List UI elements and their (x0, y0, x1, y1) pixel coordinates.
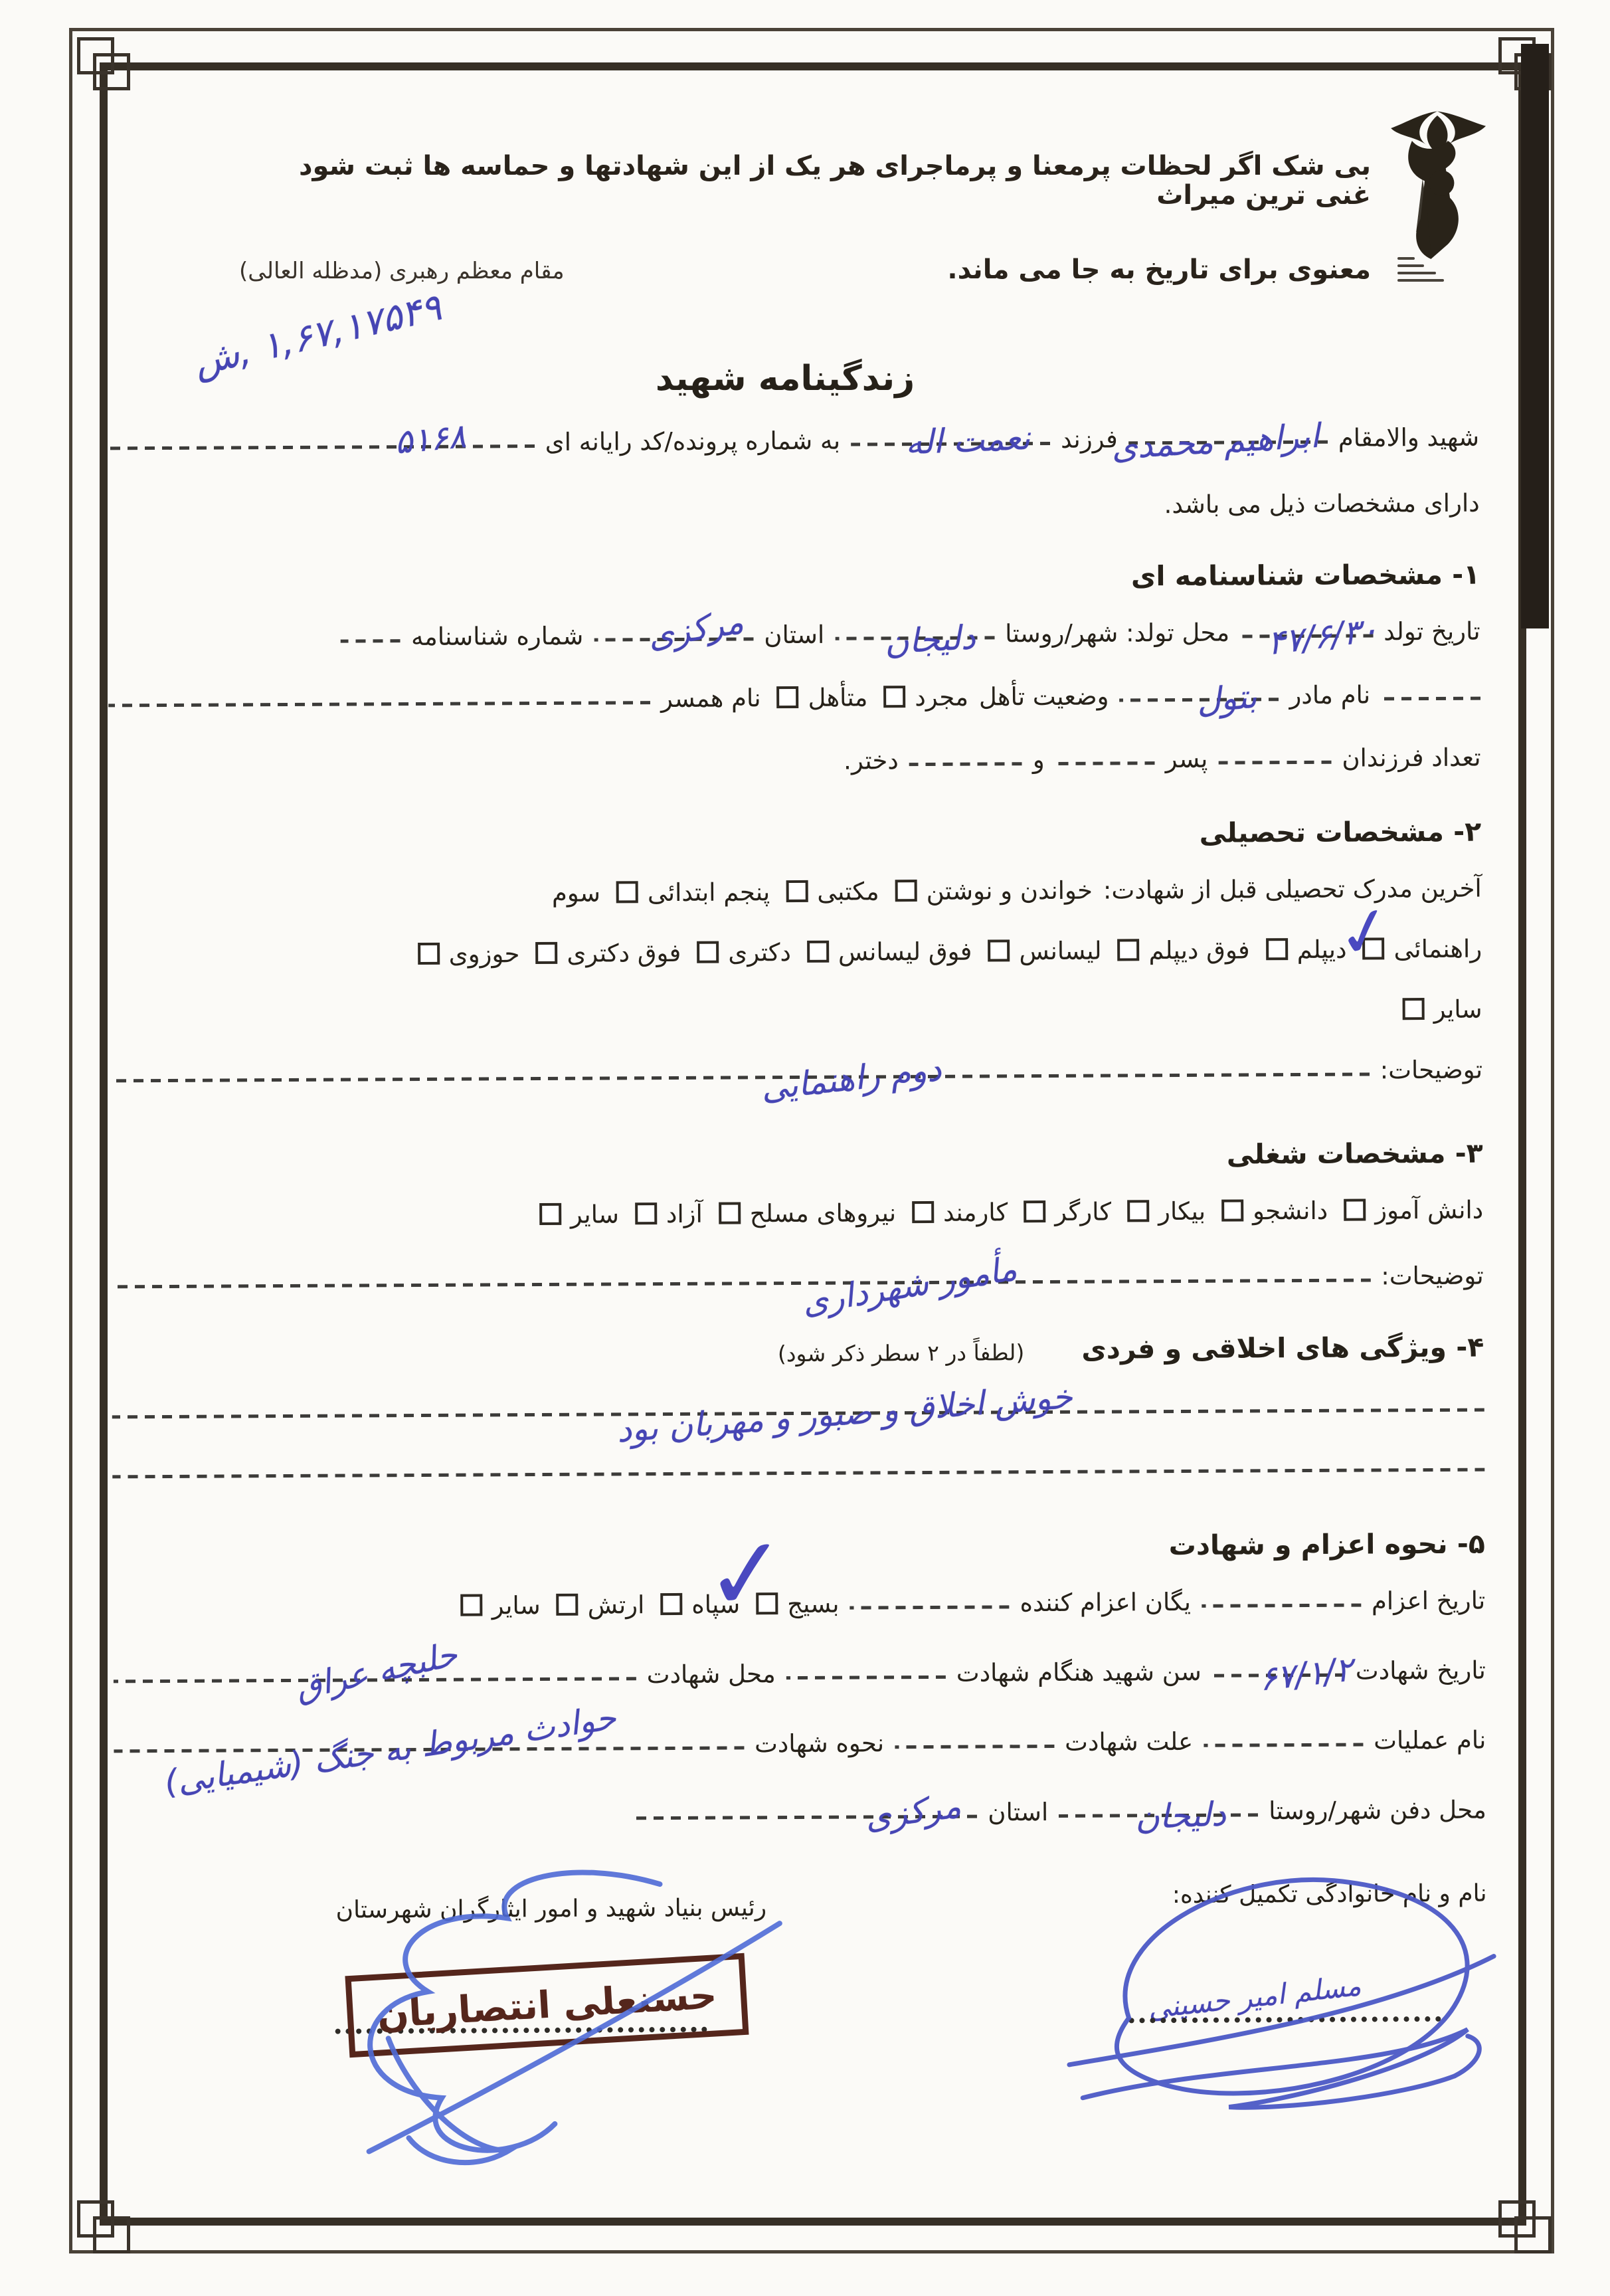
notes-label: توضیحات: (1381, 1262, 1484, 1291)
edu-option: لیسانس (982, 937, 1101, 966)
marital-option-married: متأهل (771, 683, 867, 712)
daughter-label: دختر. (844, 746, 899, 775)
check-mark: ✓ (701, 1527, 791, 1623)
blank-dashes (850, 1605, 1010, 1609)
edu-notes-handwriting: دوم راهنمایی (759, 1050, 942, 1108)
checkbox (1221, 1199, 1243, 1221)
option-label: سایر (492, 1591, 541, 1620)
martyr-date-handwriting: ۶۷/۱/۲ (1257, 1650, 1355, 1698)
checkbox (535, 942, 557, 964)
blank-dashes (895, 1745, 1054, 1749)
burial-province-label: استان (988, 1798, 1048, 1826)
option-label: نیروهای مسلح (750, 1198, 896, 1228)
blank-dashes (110, 1072, 1370, 1082)
checkbox (895, 880, 917, 902)
option-label: سایر (1434, 995, 1482, 1024)
education-intro-label: آخرین مدرک تحصیلی قبل از شهادت: (1103, 874, 1482, 905)
force-option-artesh: ارتش (551, 1590, 645, 1620)
dispatch-date-label: تاریخ اعزام (1372, 1586, 1486, 1616)
edu-option: حوزوی (412, 939, 520, 969)
martyr-date-field: ۶۷/۱/۲ (1212, 1666, 1345, 1686)
blank-dashes (634, 1816, 767, 1820)
checkbox (616, 881, 638, 903)
intro-row-2: دارای مشخصات ذیل می باشد. (108, 489, 1480, 525)
option-label: مکتبی (817, 877, 879, 906)
blank-dashes (107, 444, 535, 450)
sec5-operation-row: نام عملیات علت شهادت نحوه شهادت حوادث مر… (114, 1726, 1486, 1762)
edu-option-rahnamaei: راهنمائی ✓ (1357, 935, 1482, 964)
edu-option-continued: سوم (552, 879, 600, 908)
section1-heading: ۱- مشخصات شناسنامه ای (1131, 559, 1480, 593)
checkbox (786, 880, 808, 902)
signature-area: نام و نام خانوادگی تکمیل کننده: مسلم امی… (115, 1880, 1488, 2200)
checkbox (1127, 1200, 1149, 1222)
edu-notes-field: دوم راهنمایی (110, 1064, 1370, 1091)
blank-dashes (1381, 697, 1480, 701)
mother-name-label: نام مادر (1289, 680, 1370, 710)
sec2-options-row1: آخرین مدرک تحصیلی قبل از شهادت: خواندن و… (110, 874, 1482, 910)
section3-heading: ۳- مشخصات شغلی (1227, 1137, 1483, 1171)
option-label: متأهل (808, 683, 867, 712)
file-code-field: ۵۱۶۸ (107, 436, 535, 458)
birth-date-handwriting: ۴۷/۶/۳۰ (1266, 610, 1379, 662)
marital-option-single: مجرد (878, 683, 968, 712)
checkbox (1403, 998, 1425, 1020)
checkbox (539, 1203, 561, 1225)
father-name-handwriting: نعمت اله (905, 419, 1031, 462)
sec1-row-mother: نام مادر بتول وضعیت تأهل مجرد متأهل نام … (108, 680, 1480, 716)
completer-label: نام و نام خانوادگی تکمیل کننده: (835, 1880, 1487, 1911)
option-label: فوق لیسانس (838, 937, 972, 967)
file-code-handwriting: ۵۱۶۸ (393, 417, 468, 462)
sec5-dispatch-row: تاریخ اعزام یگان اعزام کننده بسیج ✓ سپاه… (113, 1586, 1485, 1622)
form-body: شهید والامقام ابراهیم محمدی فرزند نعمت ا… (107, 423, 1488, 2200)
operation-name-label: نام عملیات (1374, 1726, 1486, 1755)
martyr-place-handwriting: حلبچه عراق (292, 1635, 460, 1707)
birth-city-field: دلیجان (835, 628, 994, 648)
job-notes-field: مأمور شهرداری (112, 1270, 1371, 1297)
edu-option: دیپلم (1261, 935, 1347, 965)
option-label: آزاد (666, 1200, 703, 1228)
martyr-date-label: تاریخ شهادت (1356, 1656, 1486, 1685)
martyr-manner-field: حوادث مربوط به جنگ (شیمیایی) (114, 1738, 744, 1761)
sec5-burial-row: محل دفن شهر/روستا دلیجان استان مرکزی (114, 1796, 1486, 1832)
edu-option: فوق لیسانس (802, 937, 972, 967)
martyr-place-label: محل شهادت (647, 1660, 776, 1689)
edu-option: پنجم ابتدائی (611, 878, 770, 907)
martyr-age-label: سن شهید هنگام شهادت (956, 1658, 1202, 1687)
intro-prefix: شهید والامقام (1338, 423, 1480, 452)
option-label: دکتری (728, 938, 791, 967)
quote-line-2: معنوی برای تاریخ به جا می ماند. (947, 255, 1371, 284)
bonyad-shahid-emblem-icon (1384, 105, 1490, 284)
option-label: حوزوی (449, 939, 520, 969)
sec2-options-row2: راهنمائی ✓ دیپلم فوق دیپلم لیسانس فوق لی… (110, 935, 1482, 971)
blank-dashes (112, 1278, 1371, 1288)
sec4-line1: خوش اخلاق و صبور و مهربان بود (112, 1400, 1484, 1428)
option-label: سایر (571, 1200, 619, 1228)
birth-place-label: محل تولد: شهر/روستا (1005, 619, 1229, 648)
traits-handwriting: خوش اخلاق و صبور و مهربان بود (615, 1377, 1073, 1450)
father-name-field: نعمت اله (851, 434, 1050, 455)
id-number-label: شماره شناسنامه (411, 622, 583, 651)
quote-line-1: بی شک اگر لحظات پرمعنا و پرماجرای هر یک … (239, 151, 1371, 210)
option-label: ارتش (588, 1590, 645, 1619)
section4-heading: ۴- ویژگی های اخلاقی و فردی (1081, 1331, 1484, 1365)
checkbox (1024, 1200, 1045, 1222)
intro-suffix: دارای مشخصات ذیل می باشد. (1164, 489, 1480, 519)
blank-dashes (909, 762, 1022, 766)
file-code-label: به شماره پرونده/کد رایانه ای (545, 427, 841, 456)
option-label: فوق دیپلم (1148, 935, 1249, 965)
blank-dashes (1202, 1604, 1361, 1608)
checkbox (557, 1594, 579, 1616)
scan-shadow-strip (1521, 44, 1549, 628)
option-label: بسیج (787, 1590, 840, 1618)
checkbox (1344, 1199, 1366, 1221)
job-option: دانش آموز (1338, 1196, 1483, 1225)
blank-dashes (108, 701, 650, 707)
blank-dashes (1218, 761, 1331, 765)
job-option: کارگر (1018, 1198, 1111, 1227)
section4-hint: (لطفاً در ۲ سطر ذکر شود) (778, 1339, 1025, 1367)
burial-province-handwriting: مرکزی (863, 1786, 963, 1837)
son-label: پسر (1166, 745, 1208, 773)
burial-city-field: دلیجان (1059, 1805, 1258, 1826)
sec3-options-row: دانش آموز دانشجو بیکار کارگر کارمند نیرو… (111, 1196, 1483, 1232)
signature-dotted-line (1129, 2016, 1441, 2023)
force-option-basij: بسیج ✓ (751, 1590, 840, 1619)
job-option: کارمند (907, 1198, 1008, 1227)
blank-dashes (1204, 1743, 1363, 1747)
children-count-label: تعداد فرزندان (1342, 743, 1480, 773)
mother-name-handwriting: بتول (1194, 677, 1258, 721)
burial-place-label: محل دفن شهر/روستا (1269, 1796, 1486, 1826)
checkbox (1266, 938, 1288, 960)
force-option-other: سایر (456, 1591, 541, 1620)
edu-option-other: سایر (1397, 995, 1482, 1024)
sec4-line2 (112, 1468, 1484, 1487)
martyr-name-field: ابراهیم محمدی (1128, 432, 1328, 454)
birth-date-label: تاریخ تولد (1384, 617, 1480, 646)
sec2-other-row: سایر (110, 995, 1482, 1031)
checkbox-checked: ✓ (756, 1592, 778, 1614)
section5-heading: ۵- نحوه اعزام و شهادت (1169, 1528, 1485, 1561)
header-quote: بی شک اگر لحظات پرمعنا و پرماجرای هر یک … (239, 151, 1371, 284)
edu-option: دکتری (691, 938, 791, 967)
corner-ornament (1498, 2200, 1546, 2248)
province-field: مرکزی (594, 629, 753, 650)
blank-dashes (112, 1468, 1484, 1479)
page-title: زندگینامه شهید (0, 359, 1570, 399)
name-stamp: حسنعلی انتصاریان (345, 1953, 749, 2057)
option-label: دانش آموز (1375, 1196, 1483, 1225)
checkbox (883, 686, 905, 708)
edu-option: فوق دیپلم (1112, 935, 1249, 965)
edu-option: فوق دکتری (530, 939, 681, 968)
checkbox (697, 941, 719, 963)
martyr-cause-label: علت شهادت (1065, 1727, 1193, 1757)
dispatch-unit-label: یگان اعزام کننده (1020, 1588, 1191, 1617)
sec1-row-birth: تاریخ تولد ۴۷/۶/۳۰ محل تولد: شهر/روستا د… (108, 617, 1480, 653)
checkbox (461, 1594, 483, 1616)
burial-province-field: مرکزی (778, 1807, 977, 1828)
job-option: نیروهای مسلح (713, 1198, 896, 1228)
birth-city-handwriting: دلیجان (883, 618, 976, 662)
edu-option: خواندن و نوشتن (890, 876, 1093, 906)
checkbox (988, 939, 1010, 961)
child-of-label: فرزند (1061, 425, 1118, 453)
marital-status-label: وضعیت تأهل (979, 682, 1109, 712)
job-option: دانشجو (1216, 1196, 1328, 1226)
option-label: مجرد (915, 683, 968, 712)
option-label: راهنمائی (1393, 935, 1482, 964)
job-option: بیکار (1122, 1197, 1206, 1226)
sec2-notes-row: توضیحات: دوم راهنمایی (110, 1056, 1482, 1092)
section2-heading: ۲- مشخصات تحصیلی (1200, 816, 1482, 849)
option-label: بیکار (1158, 1197, 1206, 1226)
job-option: آزاد (630, 1200, 703, 1229)
checkbox (807, 941, 829, 963)
checkbox-checked: ✓ (1362, 937, 1384, 959)
job-notes-handwriting: مأمور شهرداری (799, 1249, 1020, 1322)
edu-option: مکتبی (780, 877, 879, 906)
martyr-manner-label: نحوه شهادت (755, 1729, 884, 1758)
burial-city-handwriting: دلیجان (1134, 1794, 1227, 1836)
checkbox (418, 943, 440, 965)
option-label: دانشجو (1253, 1196, 1328, 1226)
checkbox (660, 1593, 682, 1615)
emblem-caption-lines (1397, 257, 1444, 282)
province-handwriting: مرکزی (645, 602, 746, 656)
completer-signature-block: نام و نام خانوادگی تکمیل کننده: مسلم امی… (835, 1880, 1488, 2196)
blank-dashes (341, 639, 401, 642)
martyr-biography-form: بی شک اگر لحظات پرمعنا و پرماجرای هر یک … (0, 0, 1610, 2296)
blank-dashes (786, 1675, 946, 1679)
spouse-name-label: نام همسر (661, 684, 761, 713)
checkbox (635, 1202, 657, 1224)
option-label: پنجم ابتدائی (648, 878, 770, 907)
checkbox (719, 1202, 741, 1224)
martyr-place-field: حلبچه عراق (114, 1669, 636, 1691)
checkbox (776, 686, 798, 708)
checkbox (912, 1201, 934, 1223)
option-label: کارمند (943, 1198, 1008, 1227)
and-label: و (1033, 745, 1045, 774)
option-label: خواندن و نوشتن (927, 876, 1093, 906)
corner-ornament (77, 2200, 125, 2248)
sec3-notes-row: توضیحات: مأمور شهرداری (112, 1262, 1484, 1297)
mother-name-field: بتول (1119, 690, 1279, 710)
option-label: کارگر (1055, 1198, 1111, 1226)
corner-ornament (77, 37, 125, 85)
sec5-martyrdom-row: تاریخ شهادت ۶۷/۱/۲ سن شهید هنگام شهادت م… (114, 1656, 1486, 1692)
province-label: استان (764, 621, 824, 649)
traits-field-line1: خوش اخلاق و صبور و مهربان بود (112, 1400, 1484, 1428)
chief-label: رئیس بنیاد شهید و امور ایثارگران شهرستان (115, 1894, 767, 1925)
notes-label: توضیحات: (1380, 1056, 1483, 1085)
blank-dashes (1055, 761, 1155, 765)
sec1-row-children: تعداد فرزندان پسر و دختر. (109, 743, 1481, 779)
option-label: لیسانس (1019, 937, 1101, 966)
checkbox (1118, 939, 1140, 961)
job-option: سایر (534, 1200, 619, 1229)
birth-date-field: ۴۷/۶/۳۰ (1240, 626, 1373, 646)
option-label: فوق دکتری (567, 939, 681, 968)
chief-signature-block: رئیس بنیاد شهید و امور ایثارگران شهرستان… (115, 1883, 768, 2199)
